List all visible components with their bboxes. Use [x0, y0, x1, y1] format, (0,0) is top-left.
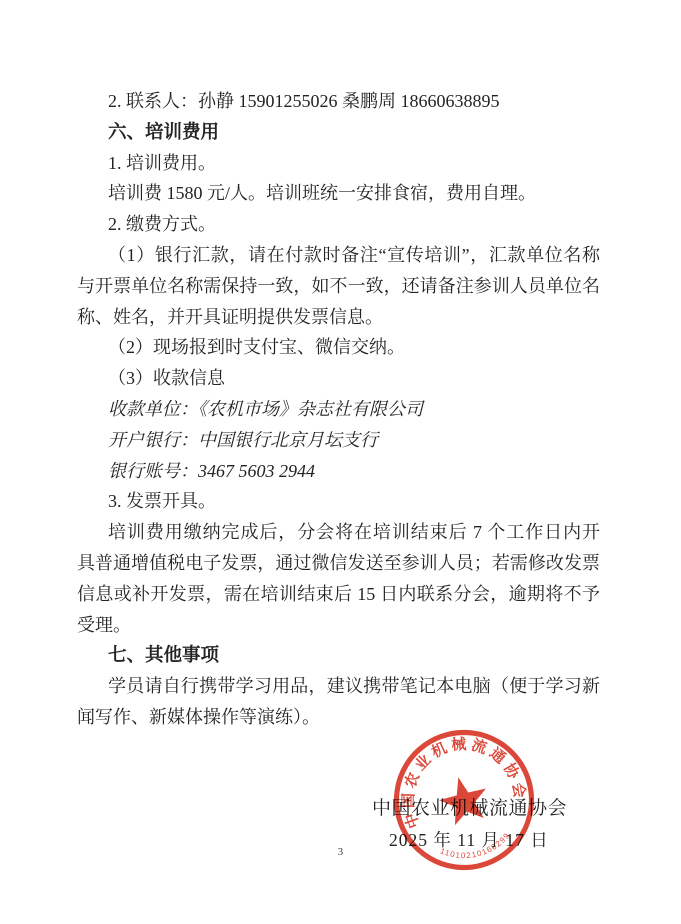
body-text-line: 培训费 1580 元/人。培训班统一安排食宿，费用自理。: [77, 178, 600, 209]
body-text-line: 具普通增值税电子发票，通过微信发送至参训人员；若需修改发票: [77, 548, 600, 579]
payment-info-line: 银行账号：3467 5603 2944: [77, 456, 600, 487]
body-text-line: （2）现场报到时支付宝、微信交纳。: [77, 332, 600, 363]
section-heading: 七、其他事项: [77, 640, 600, 671]
page-number: 3: [0, 847, 681, 858]
body-text-line: 1. 培训费用。: [77, 148, 600, 179]
body-text-line: 学员请自行携带学习用品，建议携带笔记本电脑（便于学习新: [77, 671, 600, 702]
official-seal: 中国农业机械流通协会 11010210160299: [373, 709, 555, 891]
body-text-line: 2. 缴费方式。: [77, 209, 600, 240]
seal-star-icon: [435, 771, 493, 827]
payment-info-line: 开户银行：中国银行北京月坛支行: [77, 425, 600, 456]
body-text-line: 受理。: [77, 610, 600, 641]
section-heading: 六、培训费用: [77, 117, 600, 148]
body-text-line: 2. 联系人：孙静 15901255026 桑鹏周 18660638895: [77, 86, 600, 117]
body-text-line: （3）收款信息: [77, 363, 600, 394]
document-body: 2. 联系人：孙静 15901255026 桑鹏周 18660638895六、培…: [77, 86, 600, 733]
payment-info-line: 收款单位：《农机市场》杂志社有限公司: [77, 394, 600, 425]
body-text-line: 培训费用缴纳完成后，分会将在培训结束后 7 个工作日内开: [77, 517, 600, 548]
body-text-line: 3. 发票开具。: [77, 486, 600, 517]
body-text-line: 信息或补开发票，需在培训结束后 15 日内联系分会，逾期将不予: [77, 579, 600, 610]
document-page: 2. 联系人：孙静 15901255026 桑鹏周 18660638895六、培…: [0, 0, 681, 924]
body-text-line: 称、姓名，并开具证明提供发票信息。: [77, 302, 600, 333]
body-text-line: （1）银行汇款，请在付款时备注“宣传培训”，汇款单位名称: [77, 240, 600, 271]
body-text-line: 与开票单位名称需保持一致，如不一致，还请备注参训人员单位名: [77, 271, 600, 302]
